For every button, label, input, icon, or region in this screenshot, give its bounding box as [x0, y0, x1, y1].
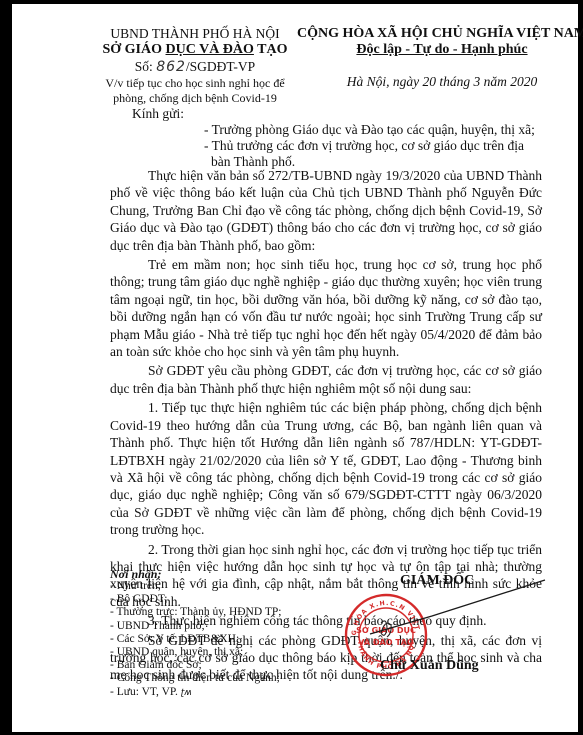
- date-line: Hà Nội, ngày 20 tháng 3 năm 2020: [297, 74, 583, 90]
- distribution-item: - Cổng Thông tin điện tử của Ngành;: [110, 672, 281, 685]
- recipient-item: - Trưởng phòng Giáo dục và Đào tạo các q…: [204, 122, 544, 138]
- distribution-list: - Như trên;- Bộ GDĐT;- Thường trực: Thàn…: [110, 580, 281, 700]
- paragraph: 1. Tiếp tục thực hiện nghiêm túc các biệ…: [110, 399, 542, 538]
- recipient-item: - Thủ trưởng các đơn vị trường học, cơ s…: [204, 138, 544, 170]
- distribution-item: - UBND quận, huyện, thị xã;: [110, 646, 281, 659]
- distribution-item: - Lưu: VT, VP.ʈʍ: [110, 686, 281, 700]
- distribution-item: - Thường trực: Thành ủy, HĐND TP;: [110, 606, 281, 619]
- signatory-name: Chử Xuân Dũng: [380, 658, 479, 674]
- salutation-label: Kính gửi:: [132, 106, 184, 122]
- svg-text:VÀ ĐÀO TẠO: VÀ ĐÀO TẠO: [358, 636, 414, 647]
- national-title: CỘNG HÒA XÃ HỘI CHỦ NGHĨA VIỆT NAM: [297, 26, 583, 42]
- document-page: UBND THÀNH PHỐ HÀ NỘI SỞ GIÁO DỤC VÀ ĐÀO…: [12, 4, 578, 732]
- agency-parent: UBND THÀNH PHỐ HÀ NỘI: [80, 26, 310, 42]
- agency-name: SỞ GIÁO DỤC VÀ ĐÀO TẠO: [80, 42, 310, 58]
- distribution-item: - UBND Thành phố;: [110, 620, 281, 633]
- paragraph: Thực hiện văn bản số 272/TB-UBND ngày 19…: [110, 167, 542, 254]
- document-number: Số: 862/SGDĐT-VP: [80, 59, 310, 75]
- national-motto: Độc lập - Tự do - Hạnh phúc: [297, 42, 583, 58]
- distribution-item: - Các Sở: Y tế, LĐTB&XH;: [110, 633, 281, 646]
- handwritten-number: 862: [156, 59, 186, 75]
- paragraph: Trẻ em mầm non; học sinh tiểu học, trung…: [110, 256, 542, 360]
- distribution-item: - Như trên;: [110, 580, 281, 593]
- initials-scribble: ʈʍ: [181, 688, 192, 698]
- distribution-item: - Bộ GDĐT;: [110, 593, 281, 606]
- signatory-title: GIÁM ĐỐC: [400, 573, 474, 589]
- distribution-item: - Ban Giám đốc Sở;: [110, 659, 281, 672]
- document-subject: V/v tiếp tục cho học sinh nghỉ học đểphò…: [80, 76, 310, 106]
- paragraph: Sở GDĐT yêu cầu phòng GDĐT, các đơn vị t…: [110, 362, 542, 397]
